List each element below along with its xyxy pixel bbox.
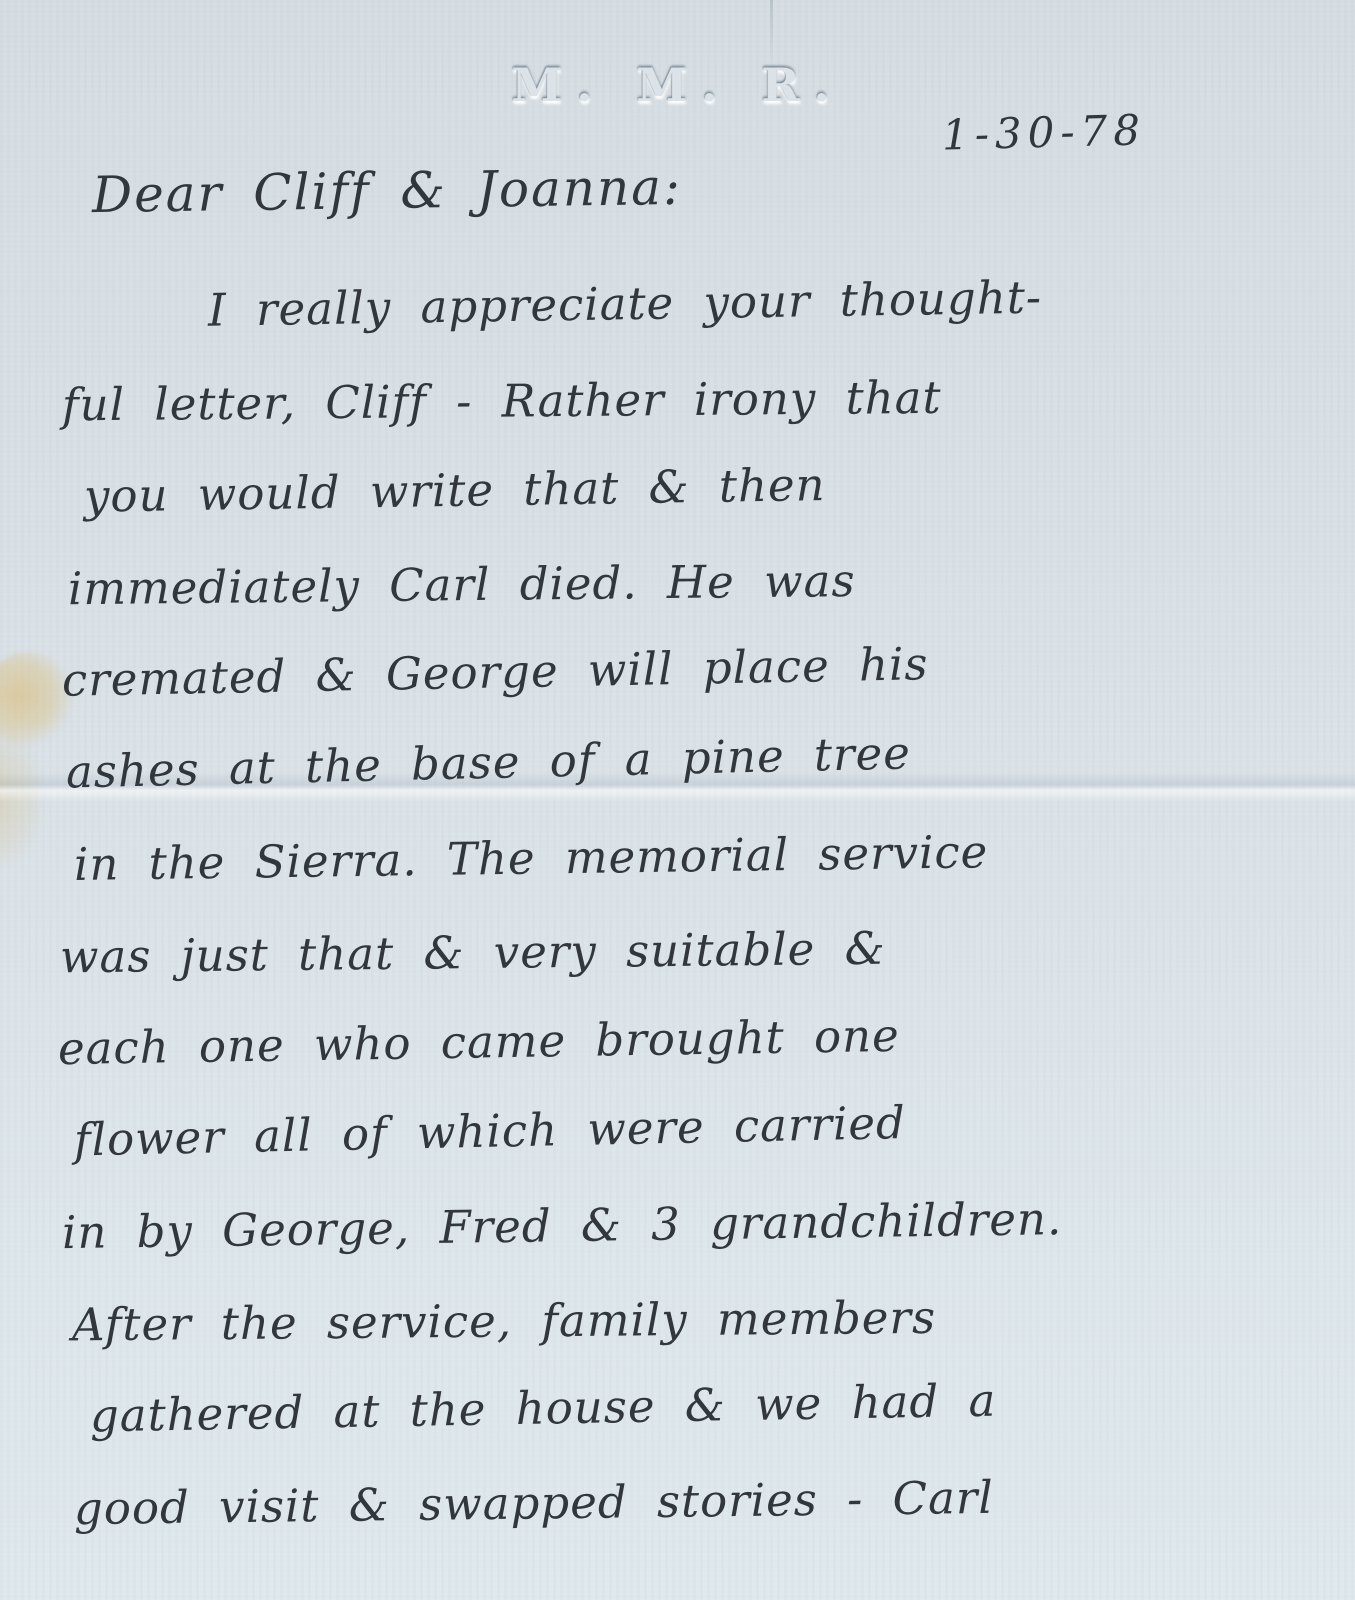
top-crease bbox=[770, 0, 773, 64]
letter-line: I really appreciate your thought- bbox=[0, 247, 1355, 360]
salutation: Dear Cliff & Joanna: bbox=[92, 158, 683, 224]
letter-page: M. M. R. 1-30-78 Dear Cliff & Joanna: I … bbox=[0, 0, 1355, 1600]
letter-body: I really appreciate your thought- ful le… bbox=[0, 268, 1355, 1556]
letter-line: good visit & swapped stories - Carl bbox=[0, 1447, 1355, 1556]
letter-line: in the Sierra. The memorial service bbox=[0, 801, 1355, 912]
letter-date: 1-30-78 bbox=[941, 105, 1146, 159]
letter-line: in by George, Fred & 3 grandchildren. bbox=[0, 1169, 1355, 1280]
embossed-monogram: M. M. R. bbox=[0, 58, 1355, 112]
